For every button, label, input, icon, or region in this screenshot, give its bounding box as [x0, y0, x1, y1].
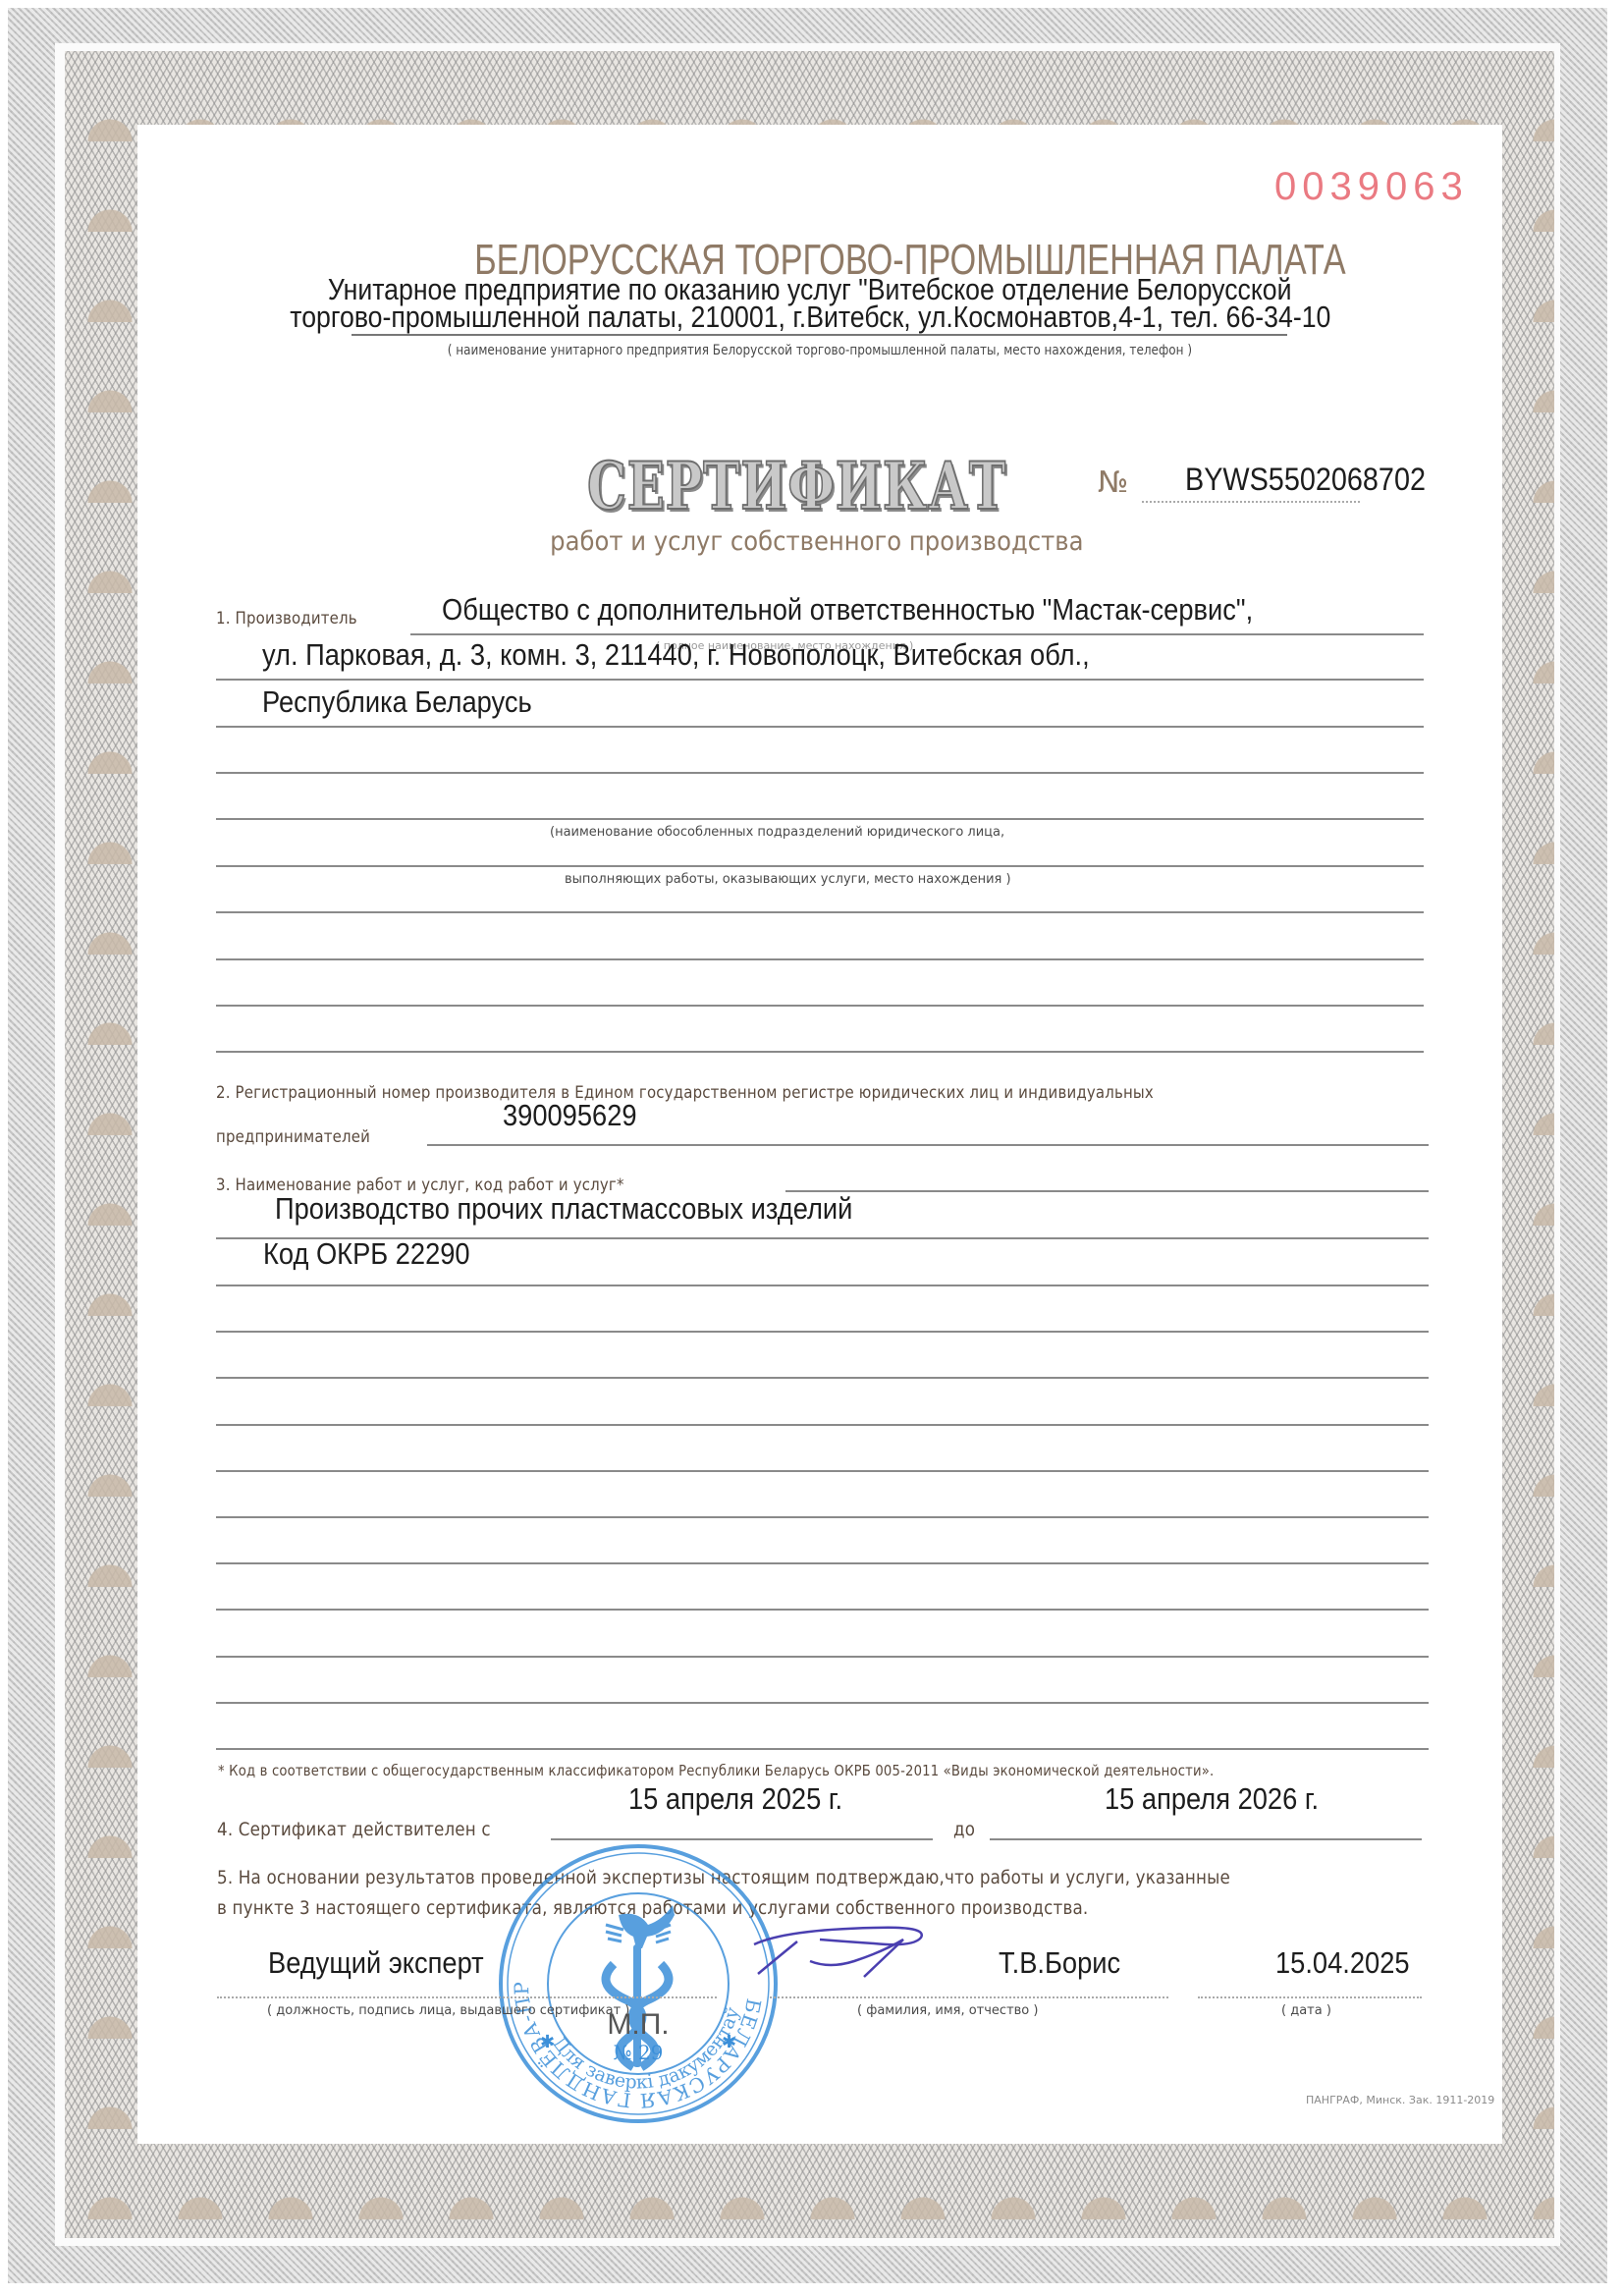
signer-name: Т.В.Борис	[999, 1945, 1137, 1981]
section4-label: 4. Сертификат действителен с	[217, 1819, 528, 1840]
section3-rule	[216, 1702, 1429, 1704]
svg-text:✱: ✱	[722, 2032, 736, 2051]
name-dotted-line	[770, 1996, 1168, 1998]
section3-rule	[216, 1424, 1429, 1426]
date-caption: ( дата )	[1281, 2003, 1331, 2018]
valid-from-date: 15 апреля 2025 г.	[628, 1781, 872, 1817]
section2-rule	[427, 1144, 1429, 1146]
branch-caption-2: выполняющих работы, оказывающих услуги, …	[565, 872, 1011, 887]
section3-rule	[216, 1377, 1429, 1379]
section1-rule	[410, 633, 1424, 635]
name-caption: ( фамилия, имя, отчество )	[857, 2003, 1038, 2018]
section3-rule	[216, 1285, 1429, 1286]
section3-rule	[216, 1331, 1429, 1333]
certificate-subtitle: работ и услуг собственного производства	[518, 526, 1114, 557]
section3-rule	[216, 1516, 1429, 1518]
printer-info: ПАНГРАФ, Минск. Зак. 1911-2019	[1306, 2094, 1494, 2106]
works-name: Производство прочих пластмассовых издели…	[275, 1191, 932, 1227]
position-dotted-line	[217, 1996, 717, 1998]
issuer-underline	[352, 334, 1287, 336]
section4-to-label: до	[953, 1819, 978, 1840]
section3-rule	[216, 1748, 1429, 1750]
branch-caption-1: (наименование обособленных подразделений…	[550, 825, 1004, 840]
section1-rule	[216, 679, 1424, 681]
position-caption: ( должность, подпись лица, выдавшего сер…	[267, 2003, 629, 2018]
date-dotted-line	[1198, 1996, 1422, 1998]
number-sign: №	[1098, 465, 1128, 500]
valid-to-date: 15 апреля 2026 г.	[1105, 1781, 1348, 1817]
issuer-branch-line2: торгово-промышленной палаты, 210001, г.В…	[167, 300, 1453, 335]
certificate-title: СЕРТИФИКАТ	[587, 448, 1139, 524]
section1-rule	[216, 865, 1424, 867]
valid-to-rule	[990, 1838, 1422, 1840]
section2-label: 2. Регистрационный номер производителя в…	[216, 1083, 1281, 1103]
signer-position: Ведущий эксперт	[268, 1945, 514, 1981]
section5-line1: 5. На основании результатов проведенной …	[217, 1867, 1369, 1888]
section1-rule	[216, 1051, 1424, 1053]
section2-label-cont: предпринимателей	[216, 1127, 391, 1147]
producer-country: Республика Беларусь	[262, 684, 568, 720]
section3-rule	[216, 1470, 1429, 1472]
serial-number: 0039063	[1274, 165, 1469, 209]
number-underline	[1142, 501, 1360, 503]
registration-number: 390095629	[503, 1098, 655, 1133]
section3-rule	[216, 1609, 1429, 1611]
section3-rule	[216, 1656, 1429, 1658]
signature-icon	[727, 1920, 962, 1998]
producer-name: Общество с дополнительной ответственност…	[442, 592, 1364, 628]
issuer-caption: ( наименование унитарного предприятия Бе…	[352, 343, 1287, 358]
svg-text:№ 29: № 29	[614, 2041, 664, 2064]
section1-rule	[216, 958, 1424, 960]
works-code: Код ОКРБ 22290	[263, 1236, 498, 1272]
valid-from-rule	[551, 1838, 933, 1840]
section1-rule	[216, 911, 1424, 913]
footnote: * Код в соответствии с общегосударственн…	[218, 1762, 1350, 1779]
section1-rule	[216, 1005, 1424, 1007]
section1-rule	[216, 818, 1424, 820]
svg-text:✱: ✱	[540, 2032, 555, 2051]
certificate-number: BYWS5502068702	[1185, 462, 1452, 498]
producer-address: ул. Парковая, д. 3, комн. 3, 211440, г. …	[262, 637, 1203, 673]
section3-rule	[216, 1562, 1429, 1564]
signature-date: 15.04.2025	[1275, 1945, 1428, 1981]
section1-rule	[216, 726, 1424, 728]
section1-rule	[216, 772, 1424, 774]
section1-label: 1. Производитель	[216, 609, 376, 629]
